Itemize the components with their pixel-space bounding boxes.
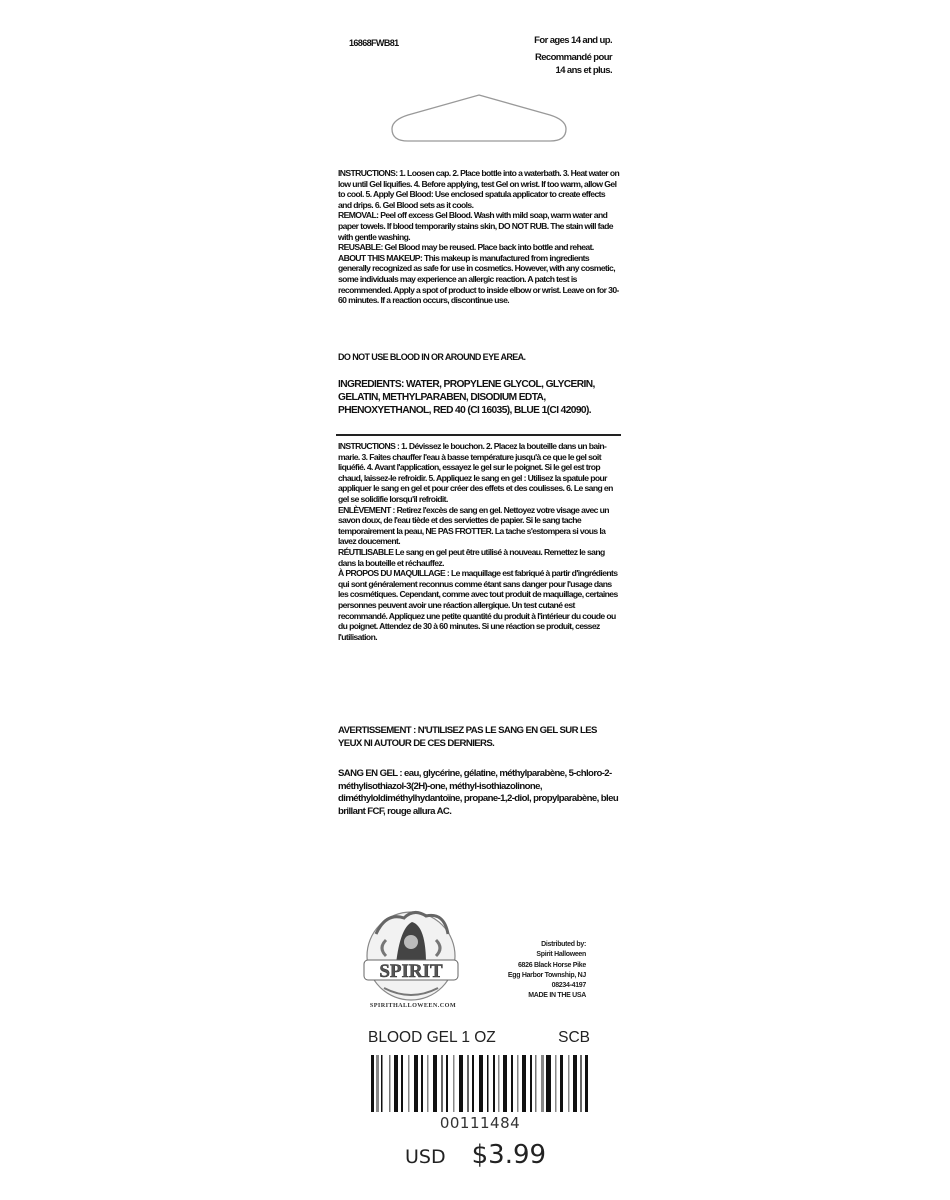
age-recommendation: For ages 14 and up. Recommandé pour 14 a… — [480, 34, 612, 81]
barcode-icon — [371, 1055, 589, 1112]
eye-warning: DO NOT USE BLOOD IN OR AROUND EYE AREA. — [338, 352, 620, 363]
age-french-line2: 14 ans et plus. — [480, 64, 612, 77]
english-instructions: INSTRUCTIONS: 1. Loosen cap. 2. Place bo… — [338, 168, 620, 306]
removal-text: Peel off excess Gel Blood. Wash with mil… — [338, 210, 613, 241]
fr-about-label: À PROPOS DU MAQUILLAGE : — [338, 568, 449, 578]
french-instructions: INSTRUCTIONS : 1. Dévissez le bouchon. 2… — [338, 441, 620, 642]
ingredients-english: INGREDIENTS: WATER, PROPYLENE GLYCOL, GL… — [338, 378, 620, 418]
fr-about-text: Le maquillage est fabriqué à partir d'in… — [338, 568, 618, 642]
price-row: USD $3.99 — [405, 1140, 546, 1170]
removal-label: REMOVAL: — [338, 210, 378, 220]
distributor-info: Distributed by: Spirit Halloween 6826 Bl… — [478, 940, 586, 1002]
fr-instructions-label: INSTRUCTIONS : — [338, 441, 399, 451]
age-french-line1: Recommandé pour — [480, 51, 612, 64]
fr-reusable-label: RÉUTILISABLE — [338, 547, 393, 557]
zip-code: 08234-4197 — [478, 981, 586, 991]
address-line1: 6826 Black Horse Pike — [478, 961, 586, 971]
section-divider — [336, 434, 621, 436]
age-english: For ages 14 and up. — [480, 34, 612, 47]
reusable-text: Gel Blood may be reused. Place back into… — [383, 242, 594, 252]
store-code: SCB — [558, 1029, 590, 1047]
fr-removal-label: ENLÈVEMENT : — [338, 505, 395, 515]
distributed-by: Distributed by: — [478, 940, 586, 950]
address-line2: Egg Harbor Township, NJ — [478, 971, 586, 981]
price-tag-header: BLOOD GEL 1 OZ SCB — [368, 1029, 590, 1047]
company-name: Spirit Halloween — [478, 950, 586, 960]
logo-url: SPIRITHALLOWEEN.COM — [358, 1002, 468, 1009]
instructions-label: INSTRUCTIONS: — [338, 168, 398, 178]
currency: USD — [405, 1146, 446, 1168]
spirit-halloween-logo-icon: SPIRIT — [356, 904, 466, 1016]
about-label: ABOUT THIS MAKEUP: — [338, 253, 422, 263]
french-eye-warning: AVERTISSEMENT : N'UTILISEZ PAS LE SANG E… — [338, 725, 620, 750]
product-code: 16868FWB81 — [349, 38, 399, 48]
hang-tab-hole-icon — [390, 93, 568, 143]
made-in: MADE IN THE USA — [478, 991, 586, 1001]
reusable-label: REUSABLE: — [338, 242, 383, 252]
price: $3.99 — [472, 1140, 546, 1170]
svg-text:SPIRIT: SPIRIT — [379, 961, 443, 982]
product-name: BLOOD GEL 1 OZ — [368, 1029, 496, 1047]
barcode-number: 00111484 — [360, 1114, 600, 1132]
ingredients-french: SANG EN GEL : eau, glycérine, gélatine, … — [338, 768, 620, 818]
